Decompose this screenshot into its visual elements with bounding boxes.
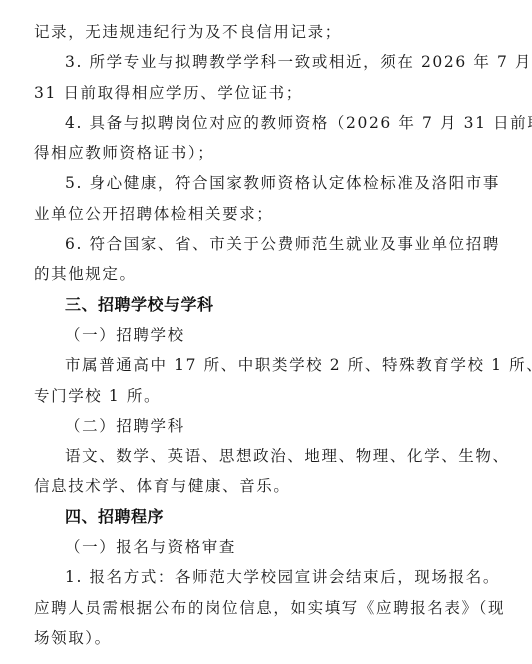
text-line: 业单位公开招聘体检相关要求； (34, 199, 464, 229)
text-line: 6. 符合国家、省、市关于公费师范生就业及事业单位招聘 (34, 229, 464, 259)
text-line: 场领取）。 (34, 623, 464, 653)
text-line: 31 日前取得相应学历、学位证书； (34, 78, 464, 108)
text-line: 语文、数学、英语、思想政治、地理、物理、化学、生物、 (34, 441, 464, 471)
text-line: 专门学校 1 所。 (34, 381, 464, 411)
text-line: 记录，无违规违纪行为及不良信用记录； (34, 17, 464, 47)
section-heading-procedure: 四、招聘程序 (34, 502, 464, 532)
text-line: 4. 具备与拟聘岗位对应的教师资格（2026 年 7 月 31 日前取 (34, 108, 464, 138)
subsection-title-registration: （一）报名与资格审查 (34, 532, 464, 562)
text-line: 的其他规定。 (34, 259, 464, 289)
text-line: 5. 身心健康，符合国家教师资格认定体检标准及洛阳市事 (34, 168, 464, 198)
section-heading-schools-subjects: 三、招聘学校与学科 (34, 290, 464, 320)
subsection-title-schools: （一）招聘学校 (34, 320, 464, 350)
text-line: 应聘人员需根据公布的岗位信息，如实填写《应聘报名表》（现 (34, 593, 464, 623)
text-line: 3. 所学专业与拟聘教学学科一致或相近，须在 2026 年 7 月 (34, 47, 464, 77)
text-line: 1. 报名方式：各师范大学校园宣讲会结束后，现场报名。 (34, 562, 464, 592)
text-line: 市属普通高中 17 所、中职类学校 2 所、特殊教育学校 1 所、 (34, 350, 464, 380)
document-page: 记录，无违规违纪行为及不良信用记录； 3. 所学专业与拟聘教学学科一致或相近，须… (34, 17, 464, 653)
text-line: 得相应教师资格证书）； (34, 138, 464, 168)
subsection-title-subjects: （二）招聘学科 (34, 411, 464, 441)
text-line: 信息技术学、体育与健康、音乐。 (34, 471, 464, 501)
